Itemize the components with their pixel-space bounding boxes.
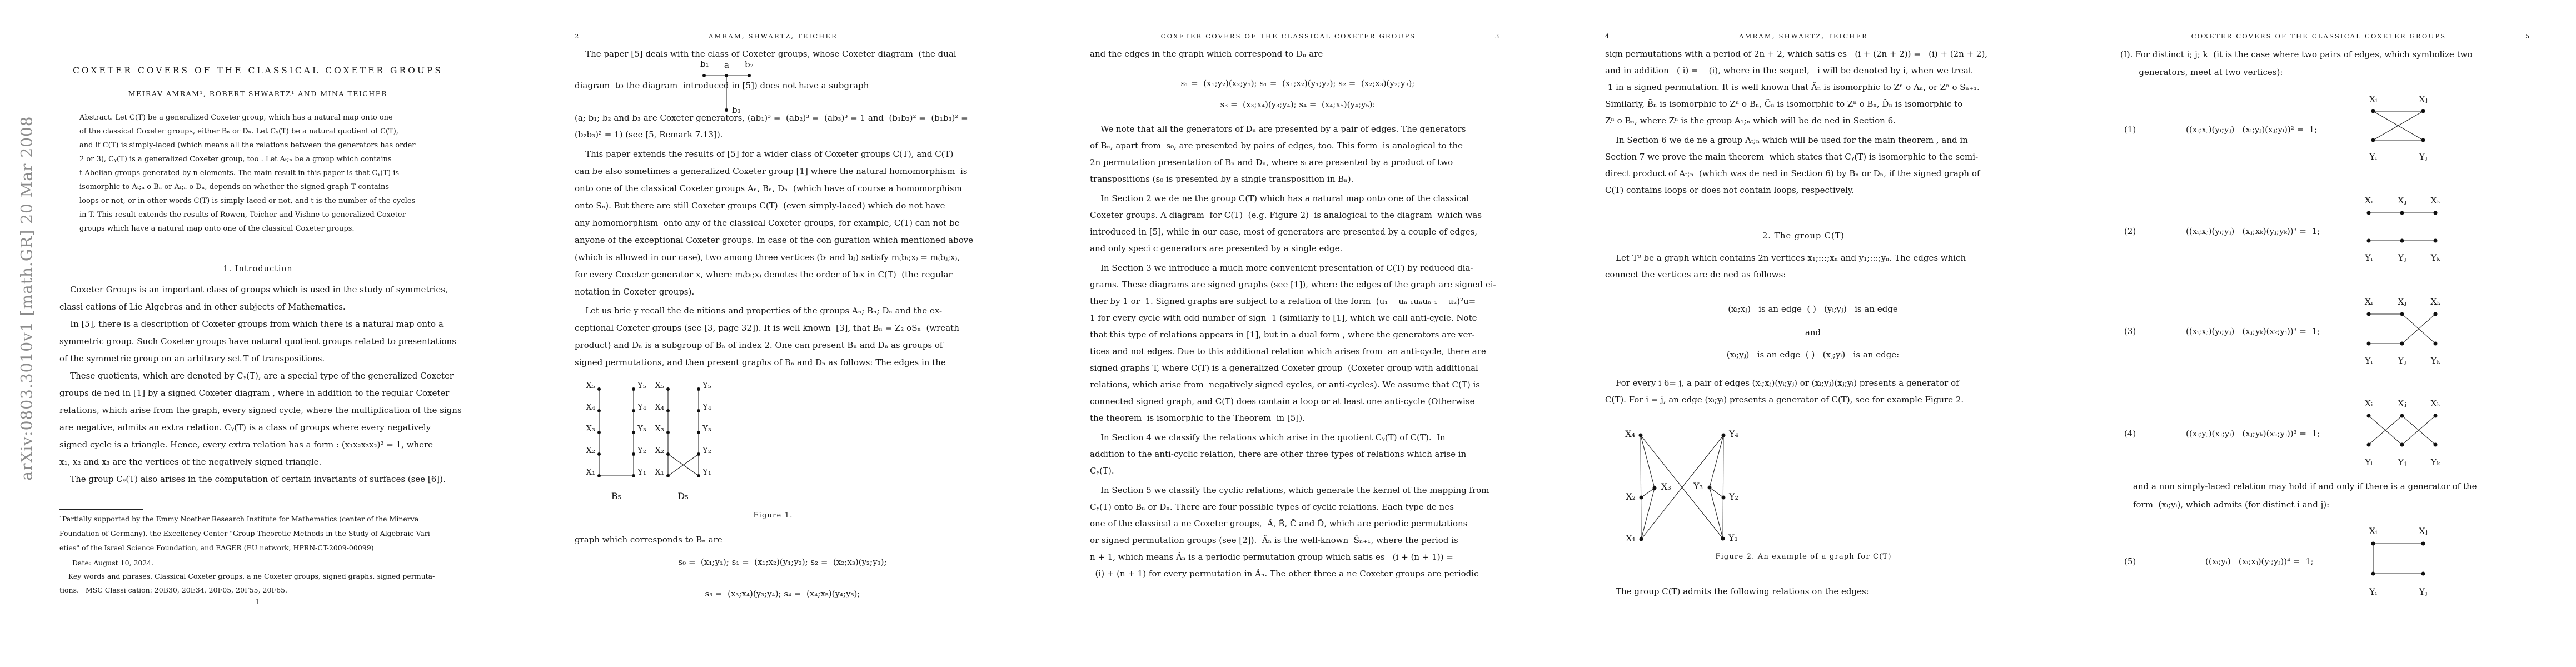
body-paragraph: Let T⁰ be a graph which contains 2n vert… [1605,250,2021,283]
d3-yk-label: Yₖ [2430,355,2441,366]
body-lines: (a; b₁; b₂ and b₃ are Coxeter generators… [575,109,990,143]
relation-5-diagram: Xᵢ Xⱼ Yᵢ Yⱼ [2361,524,2444,599]
d3-xi-label: Xᵢ [2365,296,2373,307]
relation-2-diagram: Xᵢ Xⱼ Xₖ Yᵢ Yⱼ Yₖ [2361,193,2444,266]
intro-body-text: Coxeter Groups is an important class of … [59,281,475,488]
d2-yi-label: Yᵢ [2364,252,2373,263]
vertex-label-x1: X₁ [1626,533,1636,544]
d5-y-label: Y₅ [702,380,711,390]
body-paragraph: This paper extends the results of [5] fo… [575,146,990,301]
body-line: diagram to the diagram introduced in [5]… [575,77,990,94]
d2-xk-label: Xₖ [2430,195,2440,206]
d4-xj-label: Xⱼ [2398,398,2406,409]
d3-yj-label: Yⱼ [2398,355,2406,366]
paper-authors: MEIRAV AMRAM¹, ROBERT SHWARTZ¹ AND MINA … [50,89,466,98]
equation-number-2: (2) [2124,223,2136,240]
d4-yj-label: Yⱼ [2398,457,2406,467]
paper-title: COXETER COVERS OF THE CLASSICAL COXETER … [50,66,466,76]
page-4: 4 AMRAM, SHWARTZ, TEICHER sign permutati… [1546,0,2061,667]
vertex-label-y4: Y₄ [1728,429,1738,439]
vertex-label-y1: Y₁ [1728,532,1738,543]
d5-y-label: Y₂ [702,445,711,455]
d5-xj-label: Xⱼ [2419,526,2428,536]
vertex-label-b2: b₂ [745,59,754,69]
body-paragraph: In Section 2 we de ne the group C(T) whi… [1090,190,1506,257]
vertex-label-y2: Y₂ [1728,491,1738,502]
d2-yk-label: Yₖ [2430,252,2441,263]
abstract-text: Abstract. Let C(T) be a generalized Coxe… [79,111,455,236]
header-running-title: COXETER COVERS OF THE CLASSICAL COXETER … [2111,32,2527,40]
equation-dn-generators-2: s₃ = (x₃;x₄)(y₃;y₄); s₄ = (x₄;x₅)(y₄;y₅)… [1090,96,1506,113]
d2-xj-label: Xⱼ [2398,195,2406,206]
d5-x-label: X₄ [655,402,664,412]
section-2-heading: 2. The group C(T) [1596,232,2011,241]
vertex-label-x3: X₃ [1661,481,1671,492]
vertex-label-b1: b₁ [700,59,709,69]
d5-x-label: X₃ [655,424,664,434]
relation-1-formula: ((xᵢ;xⱼ)(yᵢ;yⱼ) (xᵢ;yⱼ)(xⱼ;yᵢ))² = 1; [2186,121,2317,138]
body-paragraph: In Section 6 we de ne a group Aₜ;ₙ which… [1605,132,2021,198]
d5-x-label: X₁ [655,467,664,477]
keywords-text: Key words and phrases. Classical Coxeter… [59,569,475,597]
d3-xk-label: Xₖ [2430,296,2440,307]
page-2: 2 AMRAM, SHWARTZ, TEICHER The paper [5] … [515,0,1030,667]
equation-number-1: (1) [2124,121,2136,138]
equation-number-5: (5) [2124,553,2136,570]
body-line: and the edges in the graph which corresp… [1090,46,1506,62]
arxiv-watermark: arXiv:0803.3010v1 [math.GR] 20 Mar 2008 [18,104,36,493]
footnote-rule [59,509,143,510]
d4-yk-label: Yₖ [2430,457,2441,467]
d4-xk-label: Xₖ [2430,398,2440,409]
graph-label-d5: D₅ [677,491,688,501]
figure-1-b5-d5-graphs: X₅ X₄ X₃ X₂ X₁ Y₅ Y₄ Y₃ Y₂ Y₁ X₅ X₄ X₃ X… [581,377,725,507]
relation-2-formula: ((xᵢ;xⱼ)(yᵢ;yⱼ) (xⱼ;xₖ)(yⱼ;yₖ))³ = 1; [2186,223,2320,240]
page-5: COXETER COVERS OF THE CLASSICAL COXETER … [2061,0,2576,667]
header-running-title: AMRAM, SHWARTZ, TEICHER [565,32,981,40]
equation-number-3: (3) [2124,323,2136,340]
paper-scan-5-pages: arXiv:0803.3010v1 [math.GR] 20 Mar 2008 … [0,0,2576,667]
d5-y-label: Y₃ [702,424,711,434]
page-1: arXiv:0803.3010v1 [math.GR] 20 Mar 2008 … [0,0,515,667]
vertex-label-x4: X₄ [1625,429,1635,439]
d5-yj-label: Yⱼ [2419,586,2428,597]
d1-yi-label: Yᵢ [2369,151,2377,162]
equation-dn-generators-1: s₁ = (x₁;y₂)(x₂;y₁); s₁ = (x₁;x₂)(y₁;y₂)… [1090,75,1506,92]
d2-xi-label: Xᵢ [2365,195,2373,206]
body-line: The group C(T) admits the following rela… [1605,583,2021,600]
body-paragraph: In Section 4 we classify the relations w… [1090,429,1506,479]
d4-xi-label: Xᵢ [2365,398,2373,409]
body-line: The paper [5] deals with the class of Co… [575,46,990,62]
relation-3-formula: ((xᵢ;xⱼ)(yᵢ;yⱼ) (xⱼ;yₖ)(xₖ;yⱼ))³ = 1; [2186,323,2320,340]
b5-x-label: X₃ [586,424,595,434]
b5-y-label: Y₄ [637,402,646,412]
b5-y-label: Y₂ [637,445,646,455]
body-paragraph: In Section 5 we classify the cyclic rela… [1090,482,1506,582]
equation-bn-generators-1: s₀ = (x₁;y₁); s₁ = (x₁;x₂)(y₁;y₂); s₂ = … [575,554,990,570]
d5-y-label: Y₁ [702,467,711,477]
relation-5-formula: ((xᵢ;yᵢ) (xᵢ;xⱼ)(yᵢ;yⱼ))⁴ = 1; [2205,553,2314,570]
relation-4-diagram: Xᵢ Xⱼ Xₖ Yᵢ Yⱼ Yₖ [2361,395,2444,470]
non-simply-laced-text: and a non simply-laced relation may hold… [2133,477,2522,514]
body-line: graph which corresponds to Bₙ are [575,531,990,548]
header-page-number: 3 [1495,32,1501,40]
d5-x-label: X₅ [655,380,664,390]
body-paragraph: We note that all the generators of Dₙ ar… [1090,121,1506,187]
d2-yj-label: Yⱼ [2398,252,2406,263]
vertex-label-x2: X₂ [1626,491,1636,502]
b5-x-label: X₂ [586,445,595,455]
d1-xi-label: Xᵢ [2369,94,2378,104]
d1-yj-label: Yⱼ [2419,151,2428,162]
edge-condition-equation-2: (xᵢ;yⱼ) is an edge ( ) (xⱼ;yᵢ) is an edg… [1605,346,2021,363]
relation-4-formula: ((xᵢ;yⱼ)(xⱼ;yᵢ) (xⱼ;yₖ)(xₖ;yⱼ))³ = 1; [2186,425,2320,442]
case-I-text: (I). For distinct i; j; k (it is the cas… [2120,46,2536,81]
body-paragraph: In Section 3 we introduce a much more co… [1090,260,1506,426]
body-paragraph: sign permutations with a period of 2n + … [1605,46,2021,129]
edge-condition-equation-1: (xᵢ;xⱼ) is an edge ( ) (yᵢ;yⱼ) is an edg… [1605,301,2021,317]
b5-x-label: X₅ [586,380,595,390]
section-1-heading: 1. Introduction [50,265,466,273]
page-number-1: 1 [50,598,466,606]
relation-3-diagram: Xᵢ Xⱼ Xₖ Yᵢ Yⱼ Yₖ [2361,293,2444,369]
b5-x-label: X₁ [586,467,595,477]
body-paragraph: Let us brie y recall the de nitions and … [575,302,990,371]
header-running-title: COXETER COVERS OF THE CLASSICAL COXETER … [1080,32,1496,40]
equation-bn-generators-2: s₃ = (x₃;x₄)(y₃;y₄); s₄ = (x₄;x₅)(y₄;y₅)… [575,585,990,602]
header-page-number: 5 [2525,32,2531,40]
b5-y-label: Y₅ [637,380,646,390]
b5-y-label: Y₃ [637,424,646,434]
vertex-label-a: a [724,60,729,70]
b5-x-label: X₄ [586,402,595,412]
d5-yi-label: Yᵢ [2369,586,2377,597]
graph-label-b5: B₅ [611,491,621,501]
page-3: COXETER COVERS OF THE CLASSICAL COXETER … [1030,0,1546,667]
equation-number-4: (4) [2124,425,2136,442]
header-running-title: AMRAM, SHWARTZ, TEICHER [1596,32,2011,40]
d5-x-label: X₂ [655,445,664,455]
d5-y-label: Y₄ [702,402,711,412]
figure-2-ct-example-graph: X₄ Y₄ X₂ X₃ Y₃ Y₂ X₁ Y₁ [1617,421,1750,552]
d3-yi-label: Yᵢ [2364,355,2373,366]
and-connector: and [1605,324,2021,341]
figure-2-caption: Figure 2. An example of a graph for C(T) [1596,552,2011,561]
d4-yi-label: Yᵢ [2364,457,2373,467]
figure-1-caption: Figure 1. [565,511,981,520]
d3-xj-label: Xⱼ [2398,296,2406,307]
body-paragraph: For every i 6= j, a pair of edges (xᵢ;xⱼ… [1605,375,2021,408]
vertex-label-y3: Y₃ [1693,481,1703,491]
relation-1-diagram: Xᵢ Xⱼ Yᵢ Yⱼ [2361,93,2444,166]
footnote-text: ¹Partially supported by the Emmy Noether… [59,512,475,555]
b5-y-label: Y₁ [637,467,646,477]
d1-xj-label: Xⱼ [2419,94,2428,104]
date-line: Date: August 10, 2024. [72,556,475,570]
d5-xi-label: Xᵢ [2369,526,2378,536]
